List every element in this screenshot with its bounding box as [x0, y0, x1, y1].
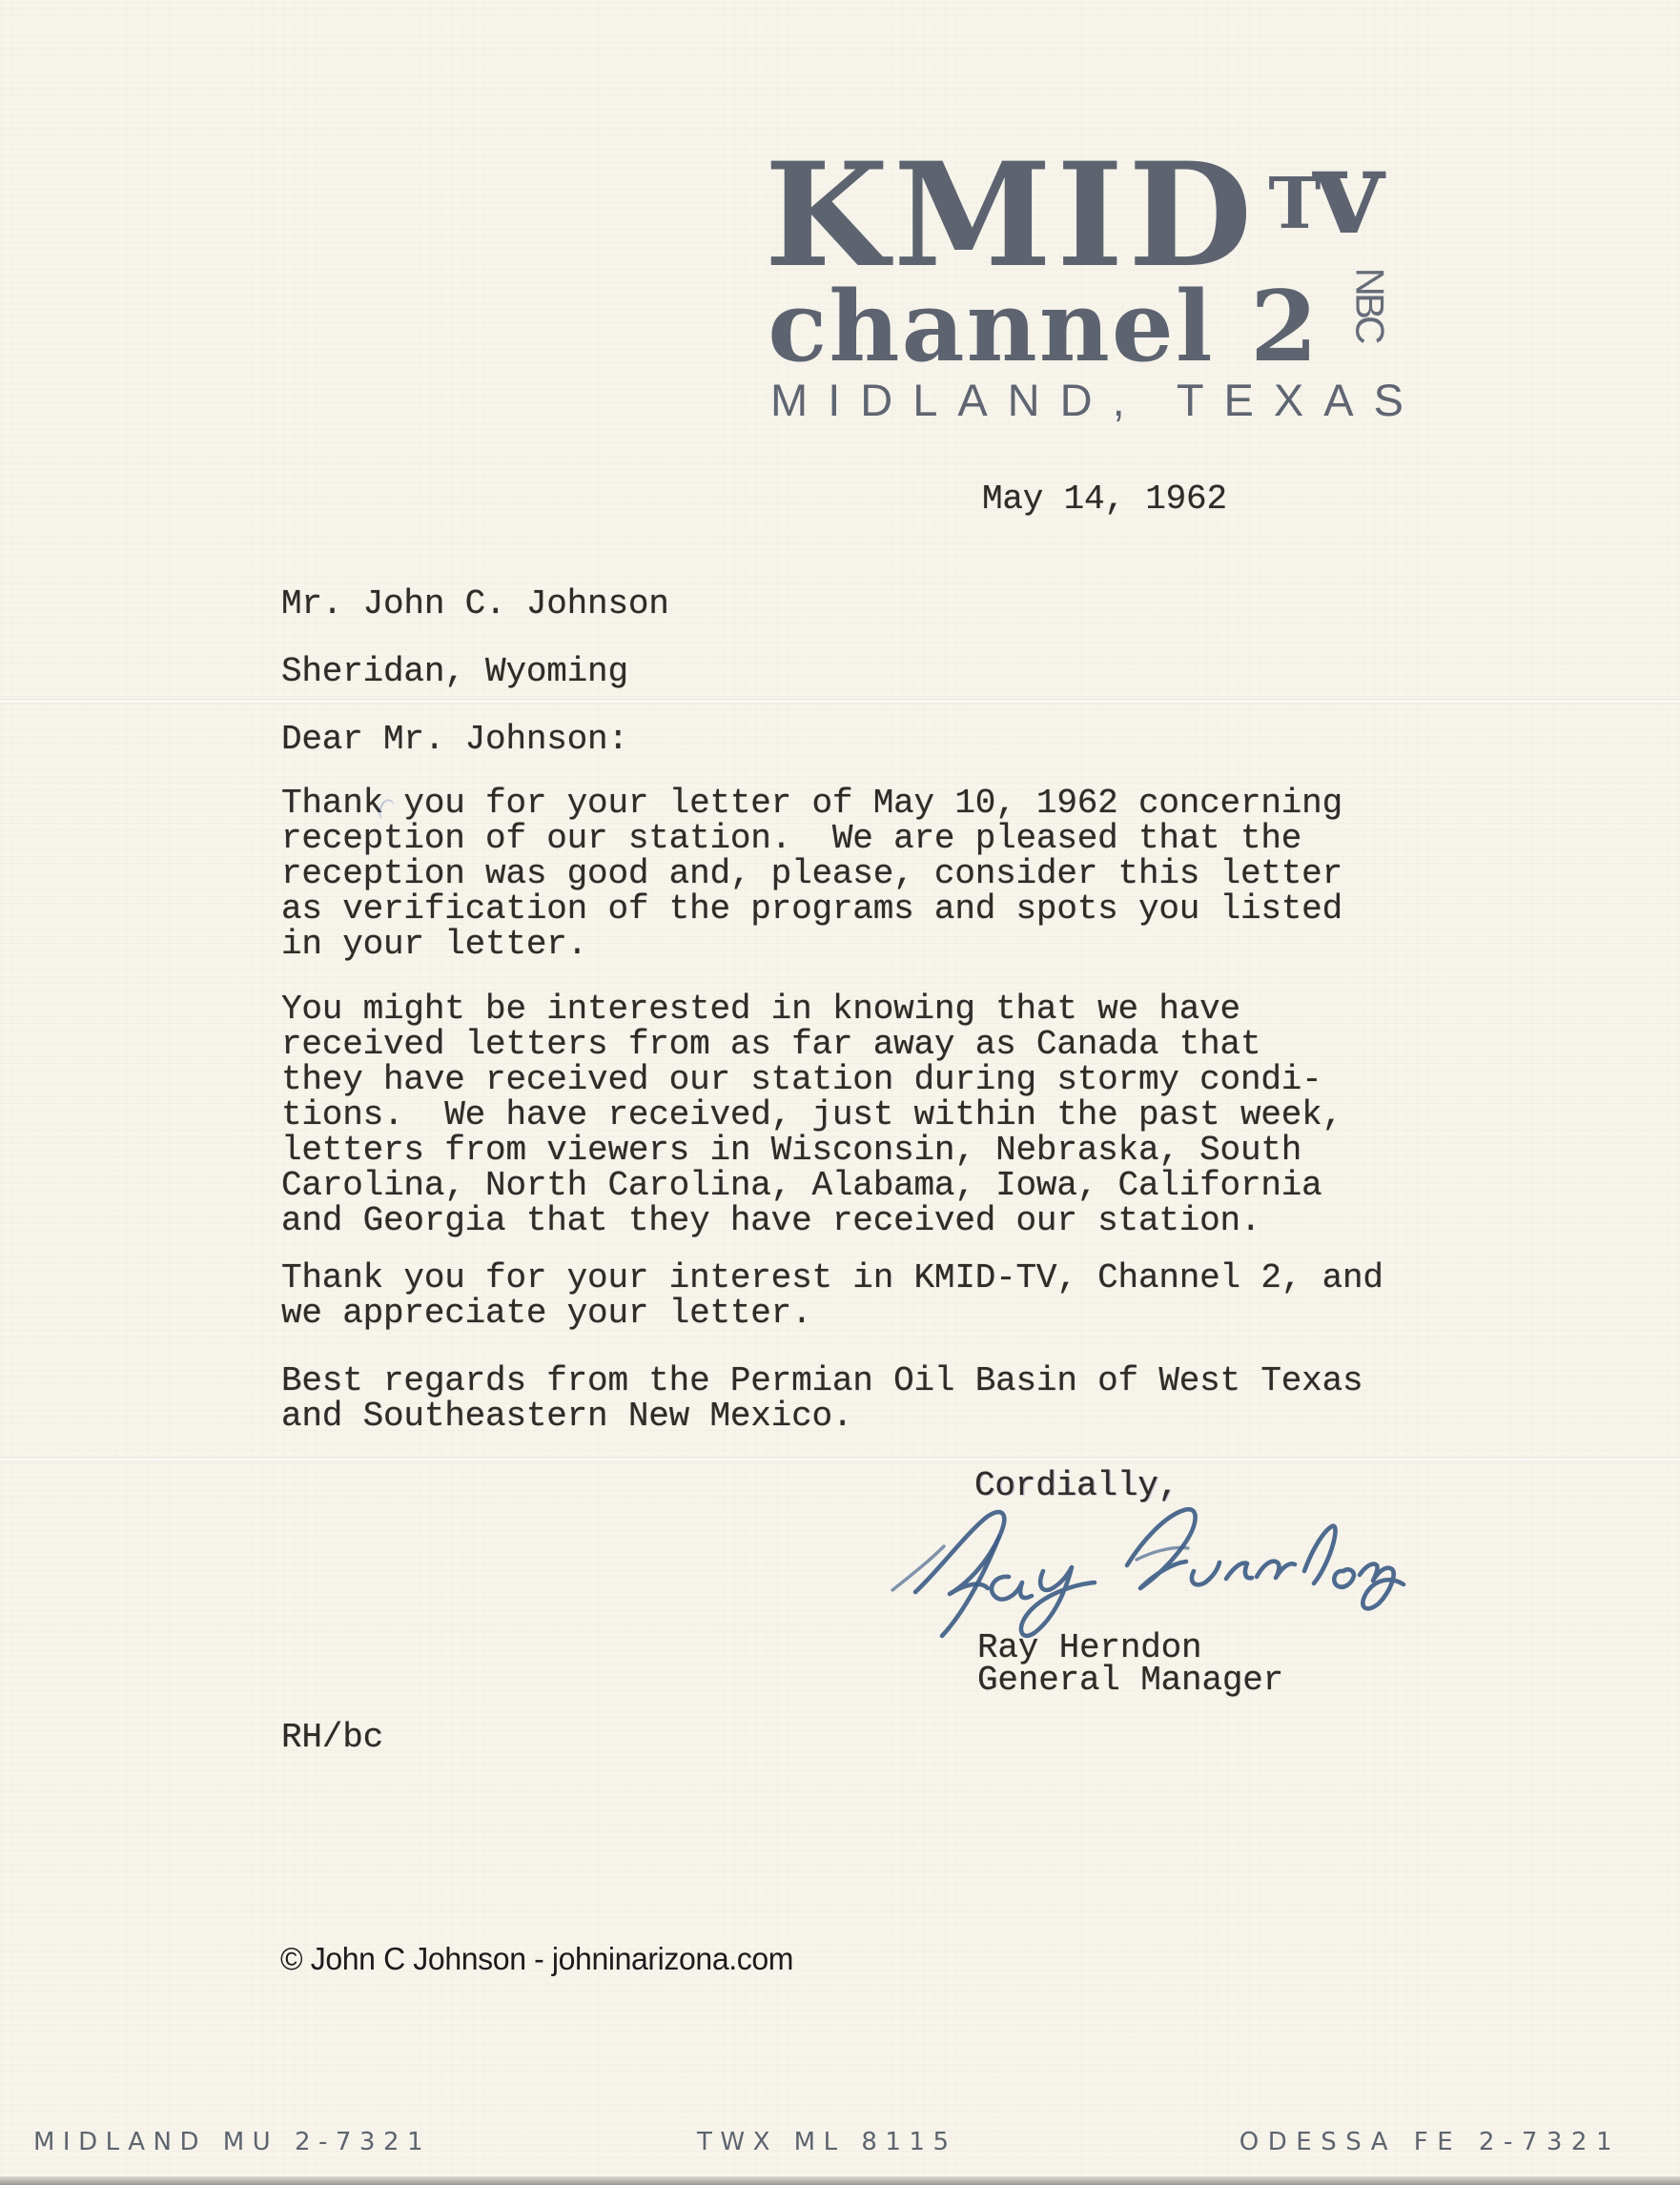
paper-fold-line-top: [0, 699, 1680, 705]
paragraph-3: Thank you for your interest in KMID-TV, …: [281, 1260, 1383, 1331]
scan-bottom-edge: [0, 2176, 1680, 2185]
paragraph-2: You might be interested in knowing that …: [281, 991, 1342, 1238]
footer-midland-phone: MIDLAND MU 2-7321: [33, 2128, 431, 2156]
channel-line: channel 2NBC: [658, 290, 1516, 364]
recipient-name: Mr. John C. Johnson: [281, 586, 669, 622]
closing: Cordially,: [974, 1468, 1178, 1503]
signature-handwritten: [887, 1502, 1417, 1647]
nbc-network-logo: NBC: [1332, 268, 1406, 341]
location-line: MIDLAND, TEXAS: [658, 381, 1536, 419]
signature-ink-strokes: [887, 1502, 1417, 1647]
copyright-watermark: © John C Johnson - johninarizona.com: [280, 1941, 793, 1977]
channel-text: channel 2: [768, 270, 1320, 384]
reference-initials: RH/bc: [281, 1720, 383, 1755]
signed-title: General Manager: [977, 1663, 1283, 1698]
paragraph-4: Best regards from the Permian Oil Basin …: [281, 1363, 1362, 1434]
date-line: May 14, 1962: [982, 481, 1227, 517]
tv-mark: Tv: [1257, 162, 1409, 269]
scanned-letter-page: KMIDTv channel 2NBC MIDLAND, TEXAS May 1…: [0, 0, 1680, 2185]
paragraph-1: Thank you for your letter of May 10, 196…: [281, 786, 1342, 962]
station-logo: KMIDTv: [658, 162, 1516, 269]
recipient-city: Sheridan, Wyoming: [281, 654, 628, 689]
salutation: Dear Mr. Johnson:: [281, 722, 628, 757]
tv-mark-v: v: [1314, 139, 1383, 246]
footer-twx: TWX ML 8115: [697, 2128, 957, 2156]
paper-fold-line-bottom: [0, 1457, 1680, 1462]
letterhead: KMIDTv channel 2NBC MIDLAND, TEXAS: [658, 162, 1516, 419]
footer-odessa-phone: ODESSA FE 2-7321: [1240, 2128, 1621, 2156]
